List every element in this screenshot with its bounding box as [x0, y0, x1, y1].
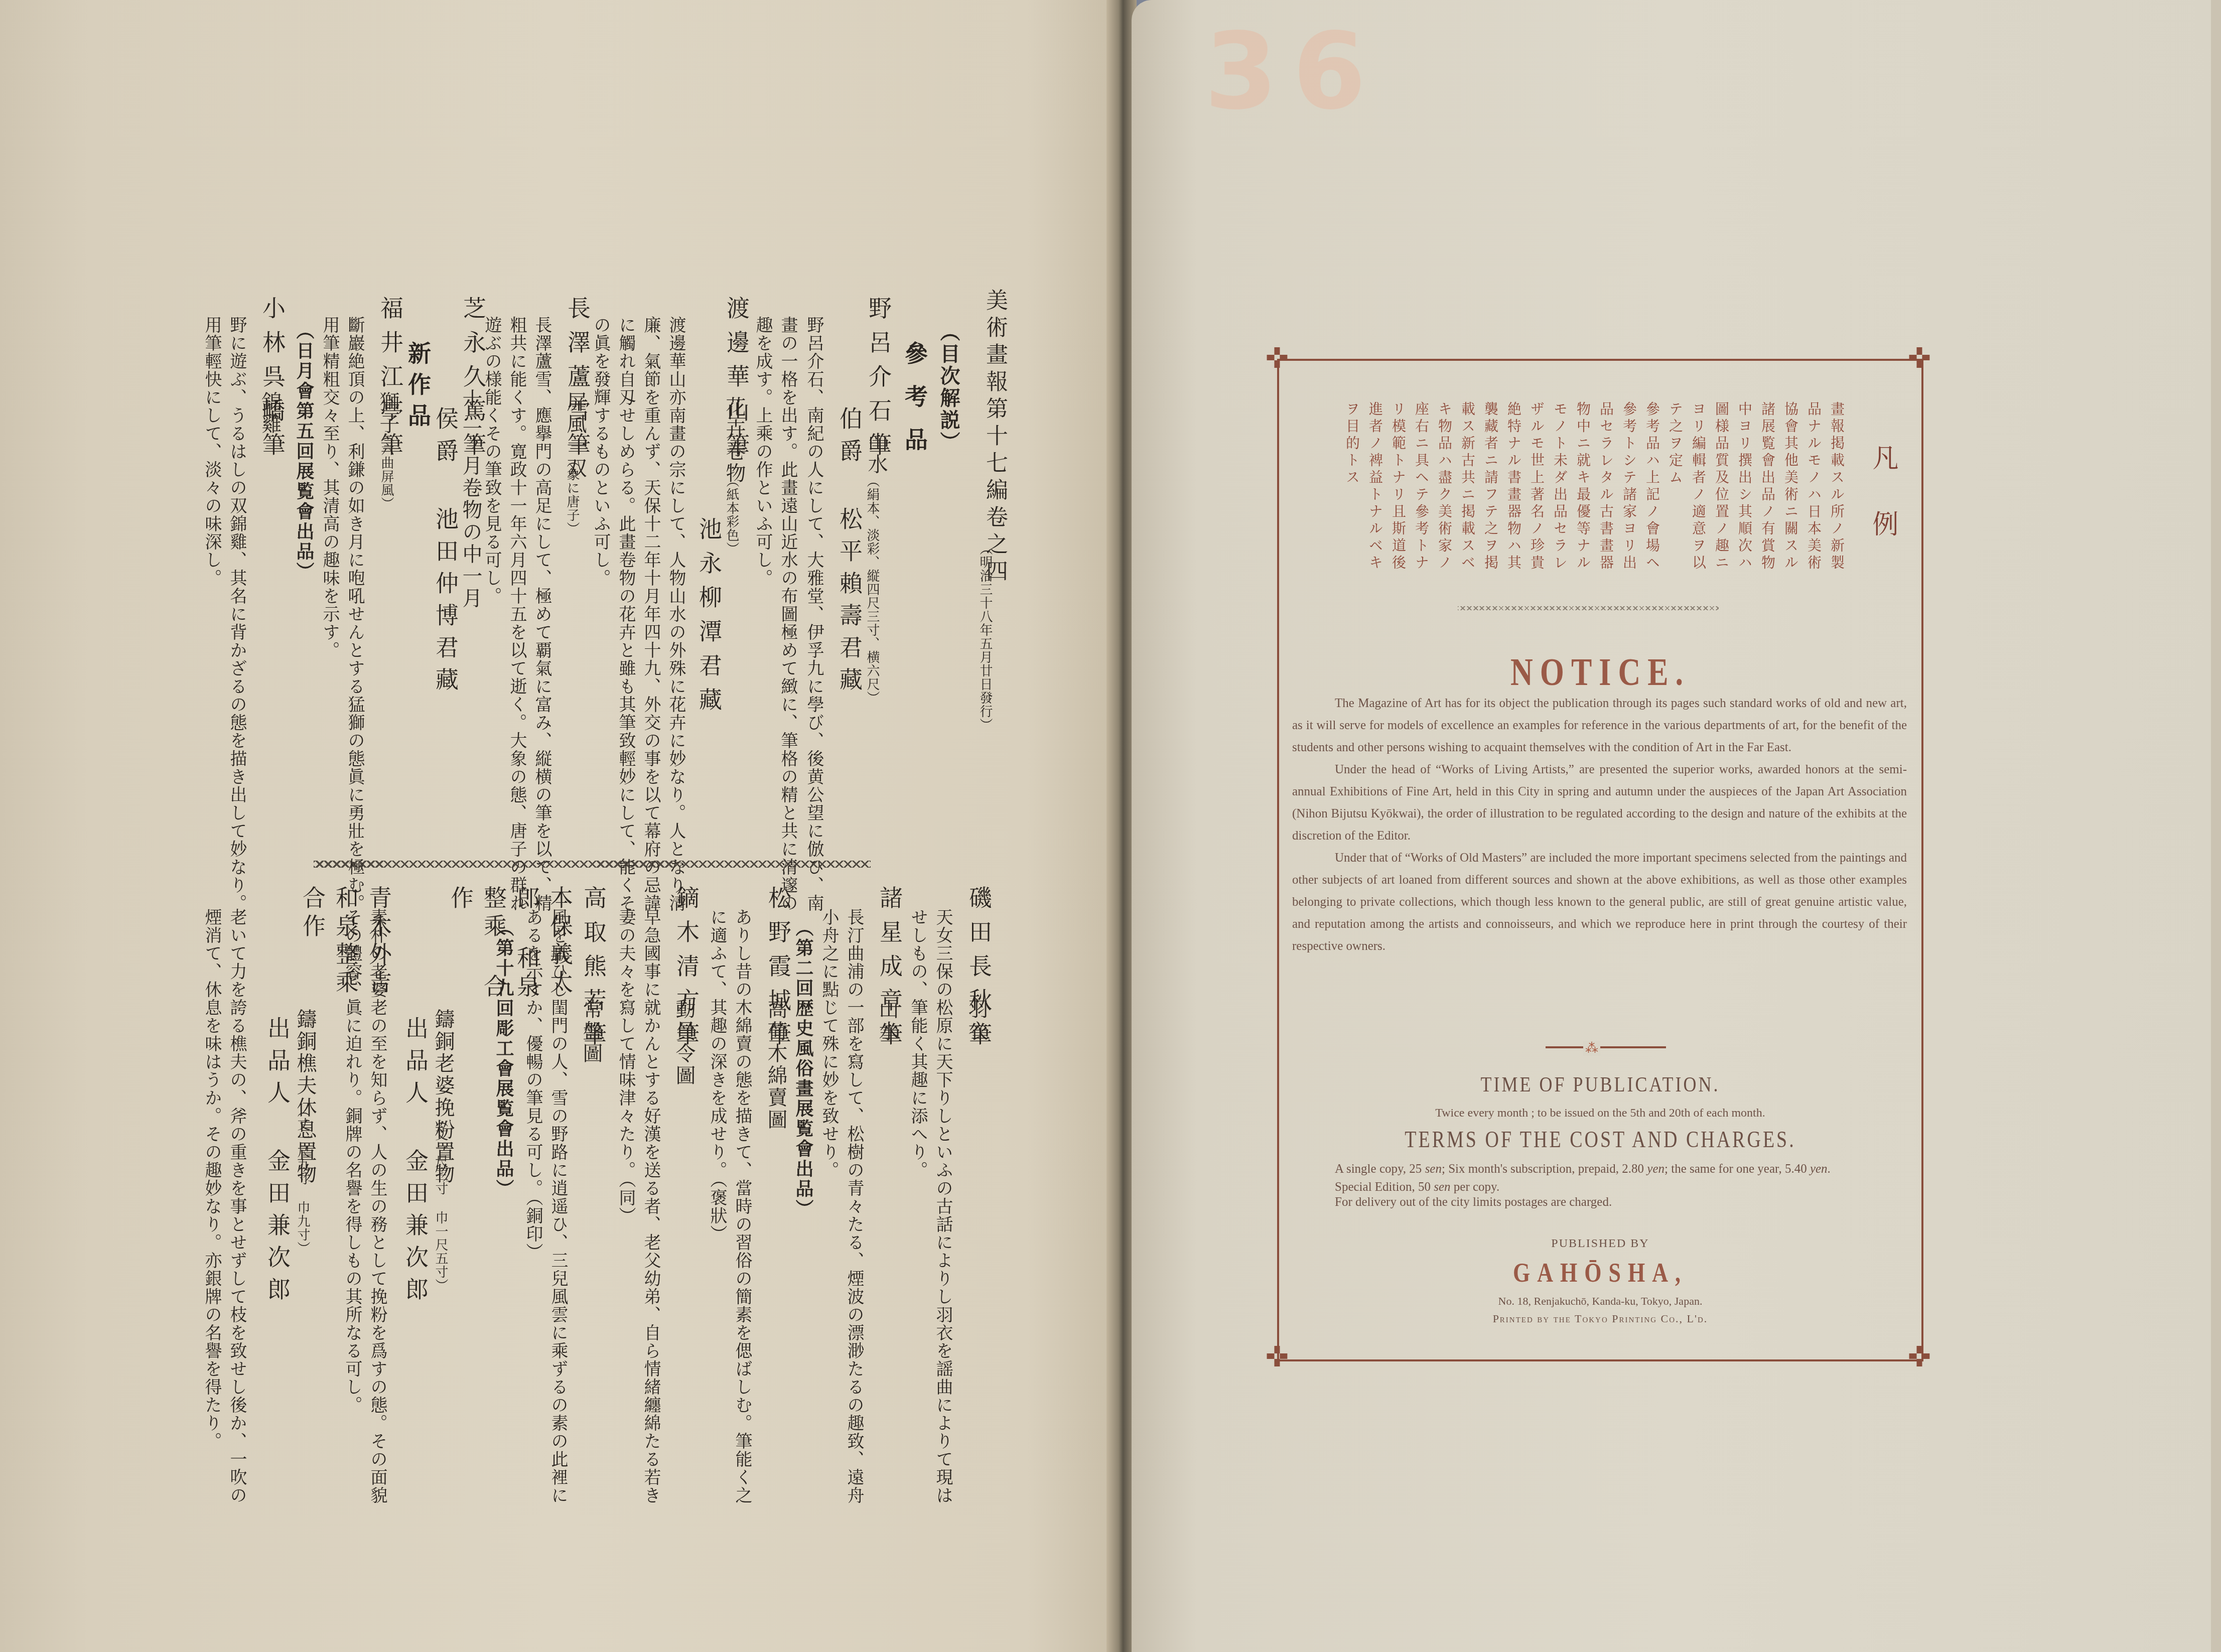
entry-description-line: 野に遊ぶ、うるはしの双錦雞、其名に背かざるの態を描き出して妙なり。	[228, 316, 245, 912]
time-of-publication-text: Twice every month ; to be issued on the …	[1277, 1107, 1923, 1120]
hanrei-column: 協會其他美術ニ關スル	[1780, 401, 1800, 572]
hanrei-column: リ模範トナリ且斯道後	[1388, 401, 1408, 572]
entry-description-line: 用筆輕快にして、淡々の味深し。	[203, 316, 220, 587]
entry-owner: 出品人 金田兼次郎	[261, 1016, 294, 1309]
entry-owner: 侯爵 池田仲博君藏	[429, 406, 462, 700]
entry-title: 高荷木綿賣圖	[762, 999, 790, 1131]
terms-heading: TERMS OF THE COST AND CHARGES.	[1277, 1127, 1923, 1154]
section-divider	[314, 861, 871, 868]
hanrei-title: 凡例	[1864, 444, 1902, 577]
hanrei-column: ヨリ編輯者ノ適意ヲ以	[1688, 401, 1708, 572]
notice-paragraph: The Magazine of Art has for its object t…	[1292, 693, 1907, 759]
entry-artist: 青木外吉 和泉整乘 合作	[296, 886, 395, 1016]
special-edition-line: Special Edition, 50 sen per copy.	[1302, 1180, 1914, 1195]
entry-note: （丈一尺九寸 巾九寸）	[294, 1104, 312, 1255]
entry-title: 常盤圖	[577, 999, 606, 1065]
hanrei-column: ヲ目的トス	[1342, 401, 1362, 487]
hanrei-column: 進者ノ裨益トナルベキ	[1365, 401, 1385, 572]
entry-description-line: に觸れ自刄せしめらる。此畫卷物の花卉と雖も其筆致輕妙にして、能くそ	[617, 316, 634, 912]
entry-description-line: 煙消て、休息を味はうか。その趣妙なり。亦銀牌の名譽を得たり。	[203, 908, 220, 1450]
hanrei-column: ザルモ世上著名ノ珍貴	[1526, 401, 1547, 572]
entry-description-line: 野呂介石、南紀の人にして、大雅堂、伊孚九に學び、後黄公望に倣ひ、南	[805, 316, 822, 912]
publisher-address: No. 18, Renjakuchō, Kanda-ku, Tokyo, Jap…	[1277, 1295, 1923, 1308]
hanrei-column: 參考トシテ諸家ヨリ出	[1619, 401, 1639, 572]
hanrei-column: 座右ニ具ヘテ參考トナ	[1411, 401, 1431, 572]
entry-owner: 池永柳潭君藏	[692, 517, 726, 722]
entry-note: （象に唐子）	[563, 454, 582, 535]
section-reference-works: 參考品	[898, 341, 931, 471]
hanrei-column: 載ス新古共ニ掲載スベ	[1457, 401, 1477, 572]
entry-title: 花卉卷物	[720, 396, 749, 485]
hanrei-column: キ物品ハ盡ク美術家ノ	[1434, 401, 1454, 572]
entry-title: 動員令圖	[670, 999, 699, 1087]
entry-description-line: ありし昔の木綿賣の態を描きて、當時の習俗の簡素を偲ばしむ。筆能く之	[734, 908, 751, 1504]
entry-description-line: 粗共に能くす。寛政十一年六月四十五を以て逝く。大象の態、唐子の群れ	[508, 316, 525, 912]
entry-description-line: 天女三保の松原に天下りしといふの古話によりし羽衣を謡曲によりて現は	[934, 908, 951, 1504]
entry-note: （六曲屏風）	[377, 429, 396, 510]
notice-paragraph: Under that of “Works of Old Masters” are…	[1292, 847, 1907, 957]
entry-description-line: 早急國事に就かんとする好漢を送る者、老父幼弟、自ら情緒纏綿たる若き	[642, 908, 659, 1504]
entry-description-line: 長汀曲浦の一部を寫して、松樹の青々たる、煙波の漂渺たるの趣致、遠舟	[846, 908, 863, 1504]
notice-paragraph: Under the head of “Works of Living Artis…	[1292, 759, 1907, 847]
entry-title: 錦雞	[256, 391, 285, 436]
entry-description-line: せしもの、筆能く其趣に添へり。	[909, 908, 926, 1179]
hanrei-column: 品セラレタル古書畫器	[1596, 401, 1616, 572]
hanrei-column: 襲藏者ニ請フテ之ヲ掲	[1480, 401, 1500, 572]
price-line: A single copy, 25 sen; Six month's subsc…	[1302, 1162, 1914, 1177]
hanrei-column: 絶特ナル書畫器物ハ其	[1503, 401, 1523, 572]
publisher-name: GAHŌSHA,	[1277, 1257, 1923, 1289]
entry-description-line: 小舟之に點じて殊に妙を致せり。	[820, 908, 838, 1179]
corner-ornament-icon: ✜	[1904, 344, 1934, 374]
hanrei-column: テ之ヲ定ム	[1665, 401, 1685, 487]
entry-description-line: 渡邊華山亦南畫の宗にして、人物山水の外殊に花卉に妙なり。人となり清	[667, 316, 684, 912]
corner-ornament-icon: ✜	[1262, 344, 1292, 374]
hanrei-column: 參考品ハ上記ノ會場ヘ	[1642, 401, 1662, 572]
hanrei-column: 畫報掲載スル所ノ新製	[1827, 401, 1847, 572]
delivery-line: For delivery out of the city limits post…	[1302, 1195, 1914, 1210]
notice-title: NOTICE.	[1277, 650, 1923, 695]
entry-title: 山水	[873, 999, 902, 1043]
page-edge	[2211, 0, 2221, 1652]
entry-description-line: 趣を成す。上乘の作といふ可し。	[754, 316, 771, 587]
toc-label: （目次解説）	[934, 321, 963, 454]
entry-owner: 出品人 金田兼次郎	[399, 1016, 432, 1309]
terms-body: A single copy, 25 sen; Six month's subsc…	[1302, 1162, 1914, 1210]
issue-date: （明治三十八年五月廿日發行）	[976, 542, 995, 732]
ornament-rule	[1546, 1046, 1666, 1048]
hanrei-column: 圖様品質及位置ノ趣ニ	[1711, 401, 1731, 572]
corner-ornament-icon: ✜	[1904, 1342, 1934, 1372]
entry-description-line: 老いて力を誇る樵夫の、斧の重きを事とせずして枝を致せし後か、一吹の	[228, 908, 245, 1504]
hanrei-column: 中ヨリ撰出シ其順次ハ	[1734, 401, 1754, 572]
notice-body: The Magazine of Art has for its object t…	[1292, 693, 1907, 957]
hanrei-column: 品ナルモノハ日本美術	[1803, 401, 1824, 572]
ornament-icon: ⁂	[1583, 1041, 1600, 1056]
hanrei-column: 諸展覧會出品ノ有賞物	[1757, 401, 1777, 572]
entry-artist: 小林呉嶠筆	[256, 296, 289, 467]
entry-note: （丈一尺三寸 巾一尺五寸）	[432, 1114, 450, 1292]
entry-description-line: に適ふて、其趣の深きを成せり。（褒狀）	[709, 908, 726, 1243]
time-of-publication-heading: TIME OF PUBLICATION.	[1277, 1072, 1923, 1097]
entry-description-line: 畫の一格を出す。此畫遠山近水の布圖極めて緻に、筆格の精と共に清邃の	[779, 316, 796, 912]
corner-ornament-icon: ✜	[1262, 1342, 1292, 1372]
entry-description-line: の眞を發輝するものといふ可し。	[592, 316, 609, 587]
entry-title: 山水	[862, 432, 891, 476]
entry-owner: 伯爵 松平賴壽君藏	[833, 406, 866, 700]
printer-credit: Printed by the Tokyo Printing Co., L'd.	[1277, 1312, 1923, 1325]
entry-description-line: 斷巖絶頂の上、利鎌の如き月に咆吼せんとする猛獅の態眞に勇壯を極む。	[346, 316, 363, 912]
published-by-label: PUBLISHED BY	[1277, 1237, 1923, 1251]
hanrei-divider	[1458, 606, 1719, 610]
entry-description-line: 廉、氣節を重んず、天保十二年十月年四十九、外交の事を以て幕府の忌諱	[642, 316, 659, 912]
entry-title: 羽衣	[962, 999, 991, 1043]
entry-description-line: 用筆精粗交々至り、其清高の趣味を示す。	[321, 316, 338, 659]
faint-page-stamp: 36	[1204, 10, 1381, 133]
left-page: 美術畫報第十七編卷之四 （明治三十八年五月廿日發行） （目次解説） 參考品 野呂…	[0, 0, 1117, 1652]
hanrei-column: モノト未ダ出品セラレ	[1550, 401, 1570, 572]
entry-artist: 本保義太郎 和泉整乘 合作	[444, 886, 577, 1016]
book-spread: 美術畫報第十七編卷之四 （明治三十八年五月廿日發行） （目次解説） 參考品 野呂…	[0, 0, 2221, 1652]
hanrei-column: 物中ニ就キ最優等ナル	[1573, 401, 1593, 572]
entry-description-line: 妻の夫々を寫して情味津々たり。（同）	[617, 908, 634, 1225]
entry-description-line: 長澤蘆雪、應擧門の高足にして、極めて覇氣に富み、縦横の筆を以て、精	[533, 316, 550, 912]
exhibition-label: （日月會第五回展覧會出品）	[291, 321, 317, 582]
